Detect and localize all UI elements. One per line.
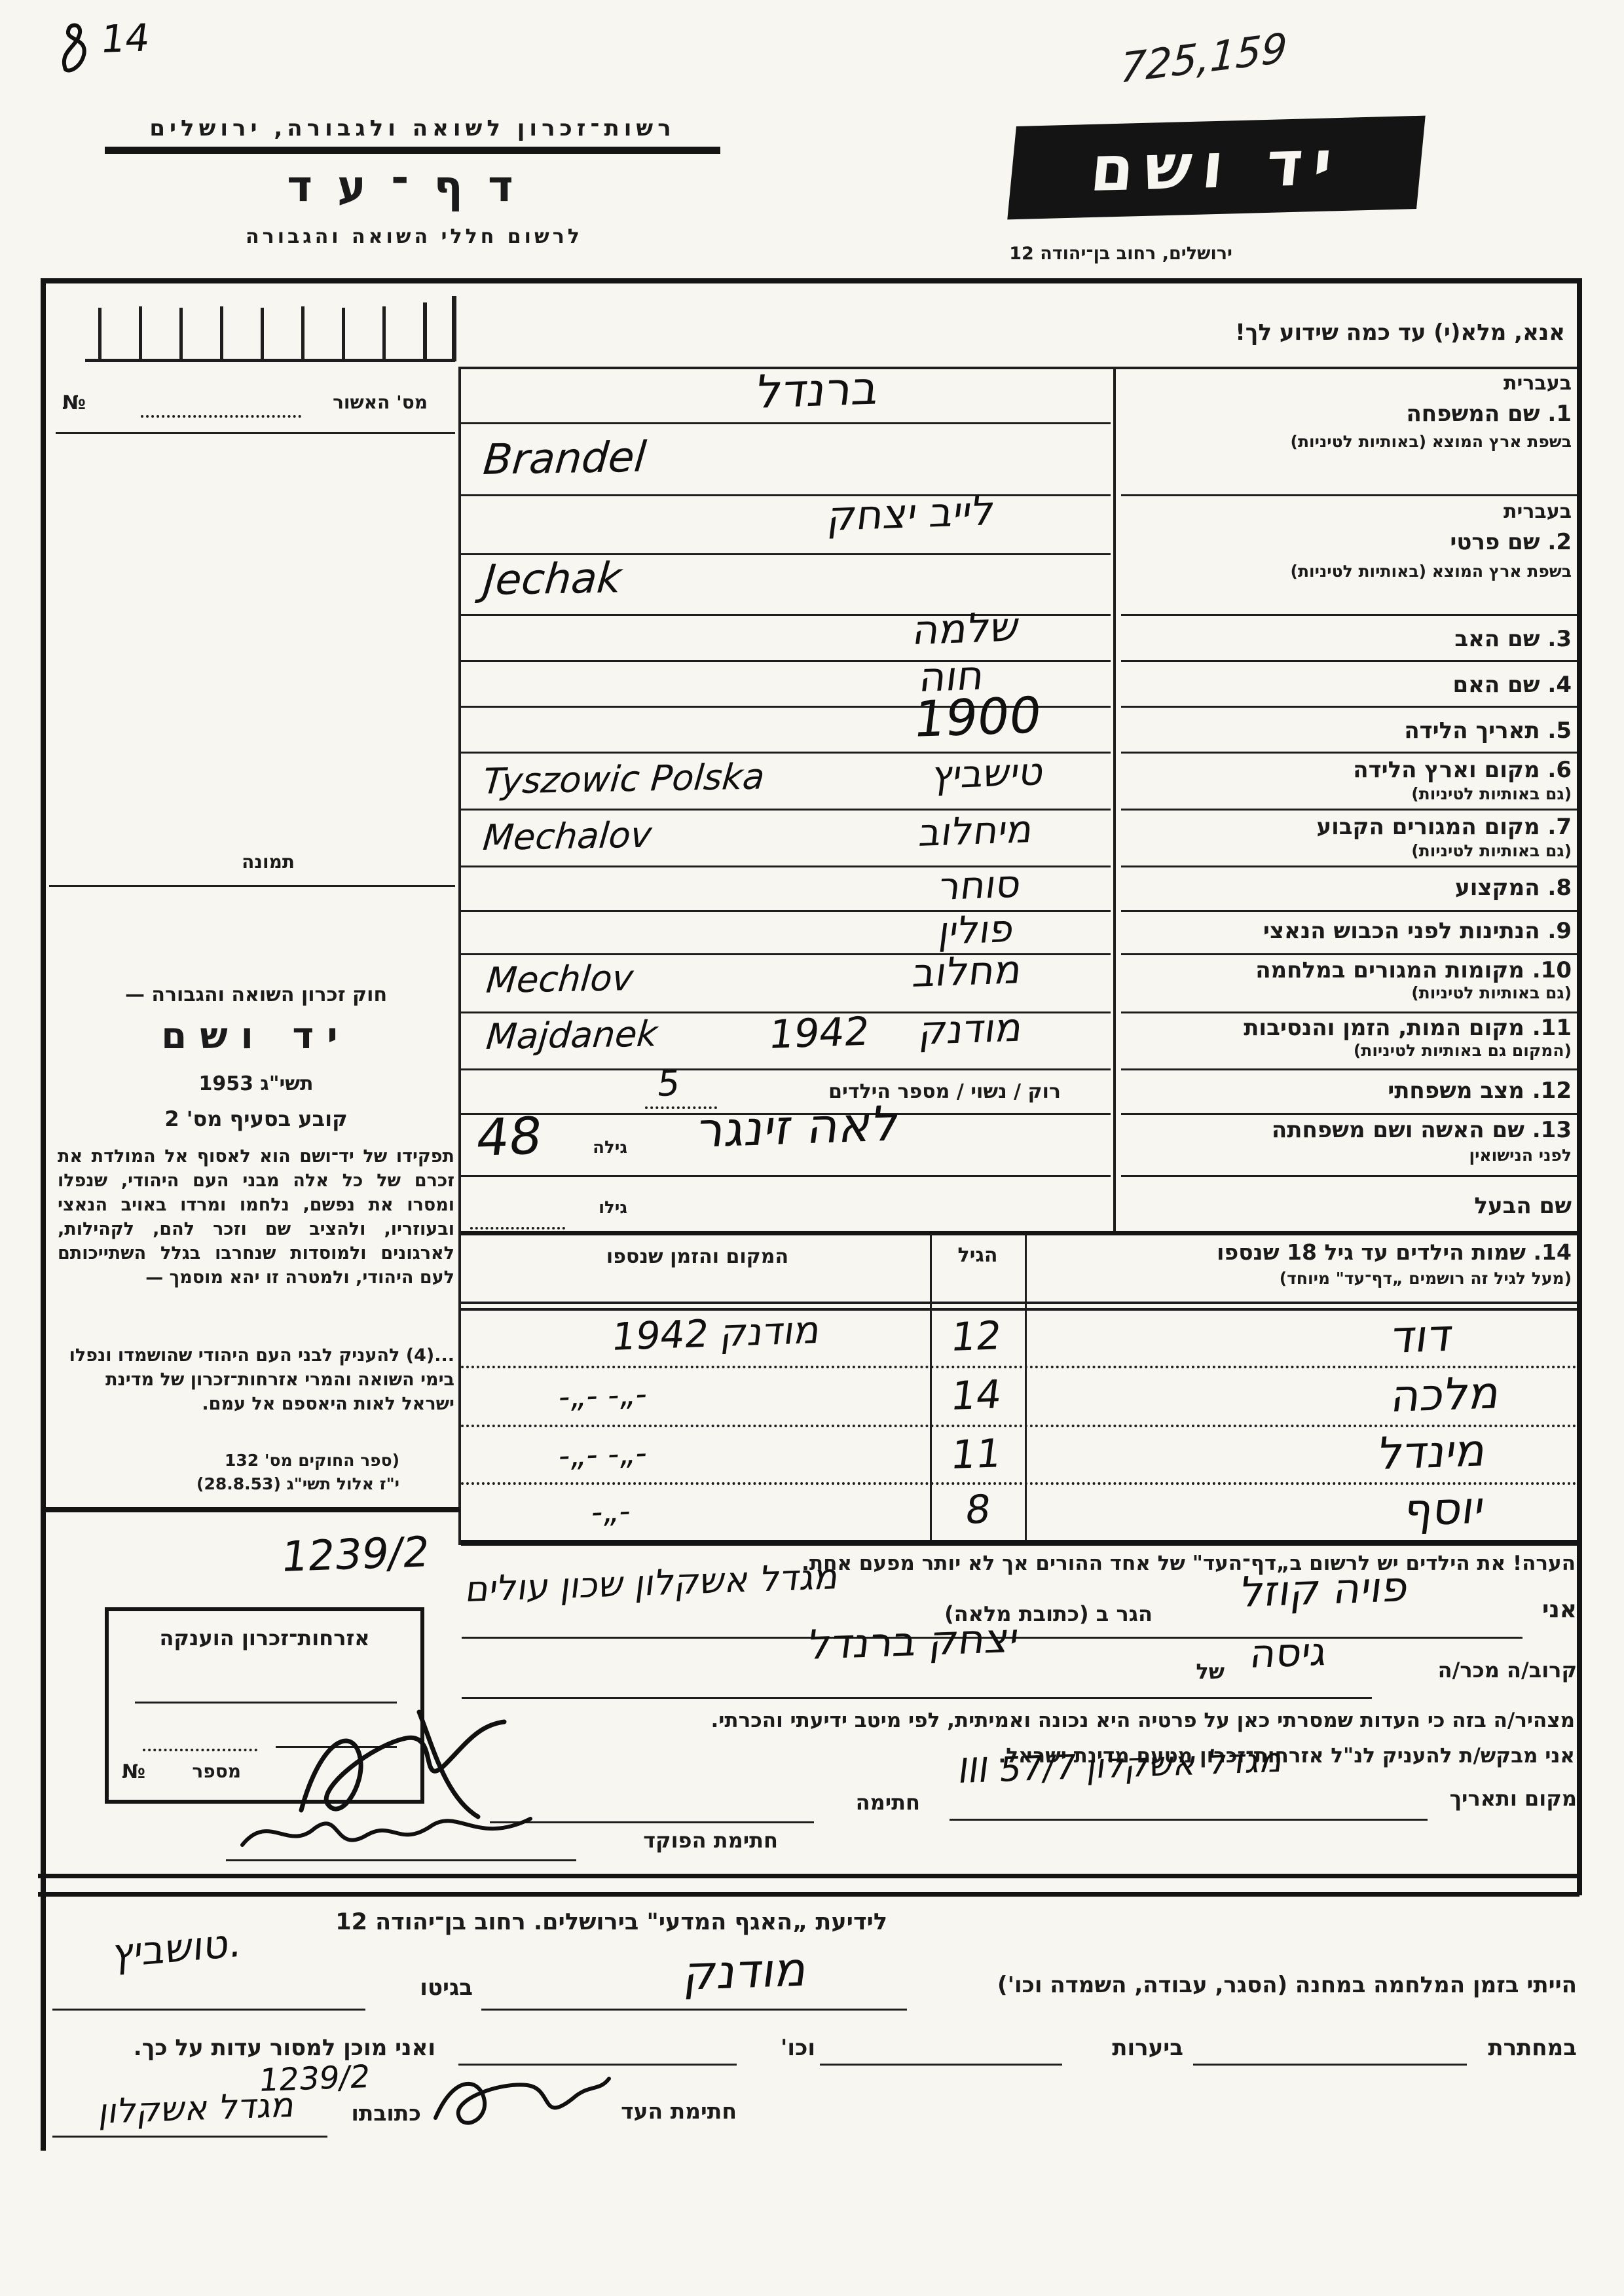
- write-line: [461, 1175, 1111, 1177]
- comb-tick: [261, 308, 264, 360]
- etc-label: וכו': [743, 2035, 815, 2061]
- field7-value-hebrew: מיחלוב: [917, 807, 1036, 855]
- field4-label: 4. שם האם: [1121, 672, 1572, 698]
- comb-tick: [220, 306, 223, 360]
- testify-statement: ואני מוכן למסור עדות על כך.: [49, 2035, 435, 2061]
- yad-vashem-logo-text: יד ושם: [1008, 116, 1426, 217]
- field8-number: 8.: [1547, 875, 1572, 901]
- forests-label: ביערות: [1069, 2035, 1183, 2061]
- table-header-age: הגיל: [935, 1244, 1020, 1267]
- field2-label: 2. שם פרטי: [1121, 529, 1572, 555]
- field11-value-year: 1942: [766, 1009, 872, 1058]
- declaration-relative-label: קרוב/ה מכר/ה: [1375, 1658, 1577, 1683]
- section-divider: [38, 1874, 1579, 1878]
- field12-title: מצב משפחתי: [1388, 1078, 1524, 1104]
- clerk-signature: [229, 1799, 550, 1861]
- table-col-divider: [930, 1234, 932, 1543]
- comb-tick: [452, 296, 456, 361]
- approval-number-sign: №: [62, 392, 86, 414]
- field11-title: מקום המות, הזמן והנסיבות: [1244, 1015, 1524, 1041]
- field13-title: שם האשה ושם משפחתה: [1272, 1117, 1524, 1143]
- label-divider: [1121, 706, 1577, 708]
- field7-sublabel: (גם באותיות לטיניות): [1121, 841, 1572, 860]
- field3-label: 3. שם האב: [1121, 626, 1572, 652]
- field1-value-hebrew: ברנדל: [753, 361, 882, 419]
- corner-paraph-mark: [58, 18, 103, 77]
- forests-blank: [820, 2064, 1062, 2066]
- child-age: 11: [948, 1430, 1004, 1478]
- field2-hebrew-tag: בעברית: [1121, 500, 1572, 523]
- field13-number: 13.: [1532, 1117, 1572, 1143]
- law-year: תשי"ג 1953: [58, 1072, 454, 1095]
- field3-number: 3.: [1547, 626, 1572, 652]
- camp-blank: [481, 2009, 907, 2011]
- stamp-box-dotted-blank: [143, 1749, 257, 1751]
- label-divider: [1121, 752, 1577, 754]
- field11-value-hebrew: מודנק: [917, 1005, 1025, 1054]
- label-divider: [1121, 660, 1577, 662]
- field1-value-latin: Brandel: [481, 433, 648, 484]
- field14-label: 14. שמות הילדים עד גיל 18 שנספו: [1121, 1239, 1572, 1265]
- law-heading: חוק זכרון השואה והגבורה —: [58, 983, 454, 1006]
- ghetto-handwritten: טושביץ.: [111, 1920, 244, 1977]
- comb-tick: [382, 306, 386, 360]
- form-border-right: [1577, 278, 1582, 1895]
- field9-number: 9.: [1547, 918, 1572, 944]
- footer-witness-signature: [422, 2052, 619, 2134]
- field3-title: שם האב: [1454, 626, 1540, 652]
- field5-label: 5. תאריך הלידה: [1121, 718, 1572, 744]
- form-border-left: [41, 278, 46, 2151]
- child-age: 12: [948, 1313, 1004, 1360]
- comb-tick: [301, 306, 304, 360]
- section-divider: [38, 1892, 1579, 1897]
- approval-number-blank: [141, 415, 301, 418]
- field6-value-latin: Tyszowic Polska: [481, 756, 766, 802]
- column-divider-left: [458, 367, 461, 1545]
- label-divider: [1121, 910, 1577, 912]
- table-row-divider: [461, 1425, 1577, 1427]
- ghetto-label: בגיטו: [375, 1975, 473, 2001]
- field7-value-latin: Mechalov: [481, 814, 654, 858]
- stamp-box-number-sign: №: [122, 1760, 145, 1783]
- field8-title: המקצוע: [1455, 875, 1540, 901]
- field2-value-latin: Jechak: [481, 554, 623, 605]
- field6-number: 6.: [1547, 757, 1572, 783]
- war-camp-line: הייתי בזמן המלחמה במחנה (הסגר, עבודה, הש…: [913, 1972, 1577, 1998]
- field8-label: 8. המקצוע: [1121, 875, 1572, 901]
- field9-label: 9. הנתינות לפני הכבוש הנאצי: [1121, 918, 1572, 944]
- field12-number: 12.: [1532, 1078, 1572, 1104]
- field11-number: 11.: [1532, 1015, 1572, 1041]
- law-clause4-text: ...(4) להעניק לבני העם היהודי שהושמדו ונ…: [58, 1343, 454, 1416]
- his-age-blank: [470, 1227, 565, 1230]
- child-place: -„-: [589, 1493, 633, 1531]
- field1-title: שם המשפחה: [1406, 401, 1540, 427]
- field10-sublabel: (גם באותיות לטיניות): [1121, 983, 1572, 1002]
- field8-value: סוחר: [936, 862, 1024, 909]
- label-divider: [1121, 494, 1577, 496]
- clerk-signature-label: חתימת הפוקד: [585, 1828, 778, 1853]
- field13-sublabel: לפני הנישואין: [1121, 1146, 1572, 1165]
- comb-tick: [179, 308, 183, 360]
- fill-instruction: אנא, מלא(י) עד כמה שידוע לך!: [1120, 319, 1565, 346]
- table-header-rule: [461, 1302, 1577, 1304]
- underground-label: במחתרת: [1472, 2035, 1577, 2061]
- law-body-text: תפקידו של יד־ושם הוא לאסוף אל המולדת את …: [58, 1144, 454, 1290]
- child-place: -„- -„-: [557, 1434, 650, 1474]
- photo-area-divider: [49, 885, 455, 887]
- child-place: מודנק 1942: [609, 1307, 823, 1359]
- law-citation-date: י"ז אלול תשי"ג (28.8.53): [92, 1474, 399, 1493]
- law-citation-book: (ספר החוקים מס' 132: [92, 1451, 399, 1470]
- declaration-i-label: אני: [1521, 1596, 1577, 1623]
- left-column-heavy-divider: [41, 1507, 460, 1512]
- field13-label: 13. שם האשה ושם משפחתה: [1121, 1117, 1572, 1143]
- field3-value: שלמה: [910, 602, 1023, 654]
- logo-address: ירושלים, רחוב בן־יהודה 12: [1016, 244, 1232, 264]
- form-border-top: [41, 278, 1582, 283]
- label-divider: [1121, 1175, 1577, 1177]
- comb-tick: [423, 302, 427, 360]
- field1-sublabel: בשפת ארץ המוצא (באותיות לטיניות): [1121, 432, 1572, 451]
- field14-title: שמות הילדים עד גיל 18 שנספו: [1217, 1239, 1526, 1265]
- signature-label: חתימה: [822, 1790, 920, 1815]
- declaration-address2-handwritten: 1239/2: [278, 1528, 432, 1582]
- child-name: יוסף: [1401, 1482, 1488, 1537]
- field11-label: 11. מקום המות, הזמן והנסיבות: [1121, 1015, 1572, 1041]
- page-title: דף־עד: [249, 161, 576, 211]
- field14-number: 14.: [1534, 1239, 1572, 1265]
- label-divider: [1121, 1068, 1577, 1070]
- victim-name-handwritten: יצחק ברנדל: [805, 1614, 1022, 1669]
- label-divider: [1121, 809, 1577, 811]
- field4-number: 4.: [1547, 672, 1572, 698]
- corner-number: 14: [98, 15, 153, 62]
- scientific-branch-title: לידיעת „האגף המדעי" בירושלים. רחוב בן־יה…: [383, 1909, 887, 1935]
- write-line: [461, 660, 1111, 662]
- approval-number-label: מס' האשור: [306, 392, 428, 413]
- law-clause-header: קובע בסעיף מס' 2: [58, 1106, 454, 1131]
- field7-title: מקום המגורים הקבוע: [1316, 814, 1540, 840]
- field6-label: 6. מקום וארץ הלידה: [1121, 757, 1572, 783]
- field6-value-hebrew: טישביץ: [930, 749, 1047, 797]
- table-header-place: המקום והזמן שנספו: [544, 1245, 851, 1268]
- field5-value: 1900: [910, 685, 1044, 748]
- husband-name-label: שם הבעל: [1121, 1193, 1572, 1219]
- her-age-label: גילה: [568, 1138, 627, 1157]
- witness-address-label: כתובתו: [326, 2100, 421, 2126]
- authority-name: רשות־זכרון לשואה ולגבורה, ירושלים: [108, 115, 717, 141]
- witness-name-handwritten: פויה קוזל: [1238, 1563, 1412, 1617]
- field10-number: 10.: [1532, 957, 1572, 983]
- child-name: מינדל: [1375, 1425, 1490, 1480]
- child-name: מלכה: [1388, 1367, 1504, 1423]
- label-divider: [1121, 1011, 1577, 1013]
- law-yad-vashem-name: יד ושם: [58, 1015, 454, 1057]
- stamp-box-number-label: מספר: [169, 1760, 241, 1782]
- field10-value-latin: Mechlov: [485, 957, 635, 1001]
- declaration-statement: מצהיר/ה בזה כי העדות שמסרתי כאן על פרטיה…: [485, 1709, 1575, 1732]
- label-divider: [1121, 1113, 1577, 1115]
- place-date-blank: [950, 1819, 1428, 1821]
- write-line: [461, 494, 1111, 496]
- label-divider: [1121, 953, 1577, 955]
- field12-label: 12. מצב משפחתי: [1121, 1078, 1572, 1104]
- ghetto-blank: [52, 2009, 365, 2011]
- field9-title: הנתינות לפני הכבוש הנאצי: [1263, 918, 1540, 944]
- field10-title: מקומות המגורים במלחמה: [1255, 957, 1524, 983]
- child-age: 8: [963, 1487, 993, 1533]
- field7-number: 7.: [1547, 814, 1572, 840]
- field14-sublabel: (מעל לגיל זה רושמים „דף־עד" מיוחד): [1121, 1269, 1572, 1288]
- label-divider: [1121, 866, 1577, 867]
- place-date-label: מקום ותאריך: [1439, 1786, 1577, 1811]
- field12-value: 5: [655, 1063, 682, 1104]
- field1-number: 1.: [1547, 401, 1572, 427]
- table-col-divider: [1025, 1234, 1027, 1543]
- table-top-border: [461, 1231, 1577, 1235]
- instruction-underline: [461, 367, 1577, 369]
- field4-title: שם האם: [1452, 672, 1540, 698]
- file-number-handwritten: 725,159: [1119, 24, 1288, 92]
- field2-value-hebrew: לייב יצחק: [825, 486, 998, 540]
- relation-handwritten: גיסה: [1247, 1629, 1329, 1677]
- field2-number: 2.: [1547, 529, 1572, 555]
- photo-label: תמונה: [229, 851, 295, 873]
- header-divider: [105, 147, 720, 154]
- child-age: 14: [948, 1372, 1004, 1419]
- field5-title: תאריך הלידה: [1404, 718, 1540, 744]
- wife-age-value: 48: [473, 1107, 545, 1168]
- field10-value-hebrew: מחלוב: [910, 947, 1025, 996]
- column-divider-labels: [1113, 367, 1116, 1234]
- field1-hebrew-tag: בעברית: [1121, 372, 1572, 395]
- declaration-relation-blank: [462, 1697, 1372, 1699]
- child-place: -„- -„-: [557, 1376, 650, 1415]
- field6-title: מקום וארץ הלידה: [1353, 757, 1540, 783]
- page-subtitle: לרשום חללי השואה והגבורה: [223, 225, 606, 248]
- witness-signature-label: חתימת העד: [619, 2098, 737, 2124]
- table-bottom-border: [461, 1540, 1577, 1546]
- footer-address-handwritten: מגדל אשקלון: [97, 2086, 297, 2132]
- underground-blank: [1193, 2064, 1467, 2066]
- testimony-page-scan: 14 725,159 רשות־זכרון לשואה ולגבורה, ירו…: [0, 0, 1624, 2296]
- write-line: [461, 422, 1111, 424]
- label-divider: [1121, 614, 1577, 616]
- comb-tick: [139, 306, 142, 360]
- field6-sublabel: (גם באותיות לטיניות): [1121, 784, 1572, 803]
- table-row-divider: [461, 1366, 1577, 1368]
- comb-tick: [342, 308, 345, 360]
- yad-vashem-logo: יד ושם: [1007, 116, 1425, 220]
- write-line: [461, 1068, 1111, 1070]
- left-column-divider: [56, 432, 455, 434]
- field2-sublabel: בשפת ארץ המוצא (באותיות לטיניות): [1121, 562, 1572, 581]
- field10-label: 10. מקומות המגורים במלחמה: [1121, 957, 1572, 983]
- field11-value-latin: Majdanek: [485, 1013, 659, 1057]
- declaration-of-label: של: [1179, 1659, 1225, 1684]
- child-name: דוד: [1388, 1310, 1456, 1364]
- stamp-box-title: אזרחות־זכרון הוענקה: [109, 1626, 420, 1650]
- field9-value: פולין: [936, 906, 1017, 953]
- footer-address-blank: [52, 2136, 327, 2138]
- comb-tick: [98, 308, 101, 360]
- field2-title: שם פרטי: [1450, 529, 1540, 555]
- field5-number: 5.: [1547, 718, 1572, 744]
- his-age-label: גילו: [568, 1198, 627, 1218]
- table-header-rule: [461, 1308, 1577, 1311]
- field7-label: 7. מקום המגורים הקבוע: [1121, 814, 1572, 840]
- wife-name-value: לאה זינגר: [694, 1095, 904, 1159]
- camp-handwritten: מודנק: [681, 1941, 811, 2001]
- field11-sublabel: (המקום גם באותיות לטיניות): [1121, 1041, 1572, 1060]
- field1-label: 1. שם המשפחה: [1121, 401, 1572, 427]
